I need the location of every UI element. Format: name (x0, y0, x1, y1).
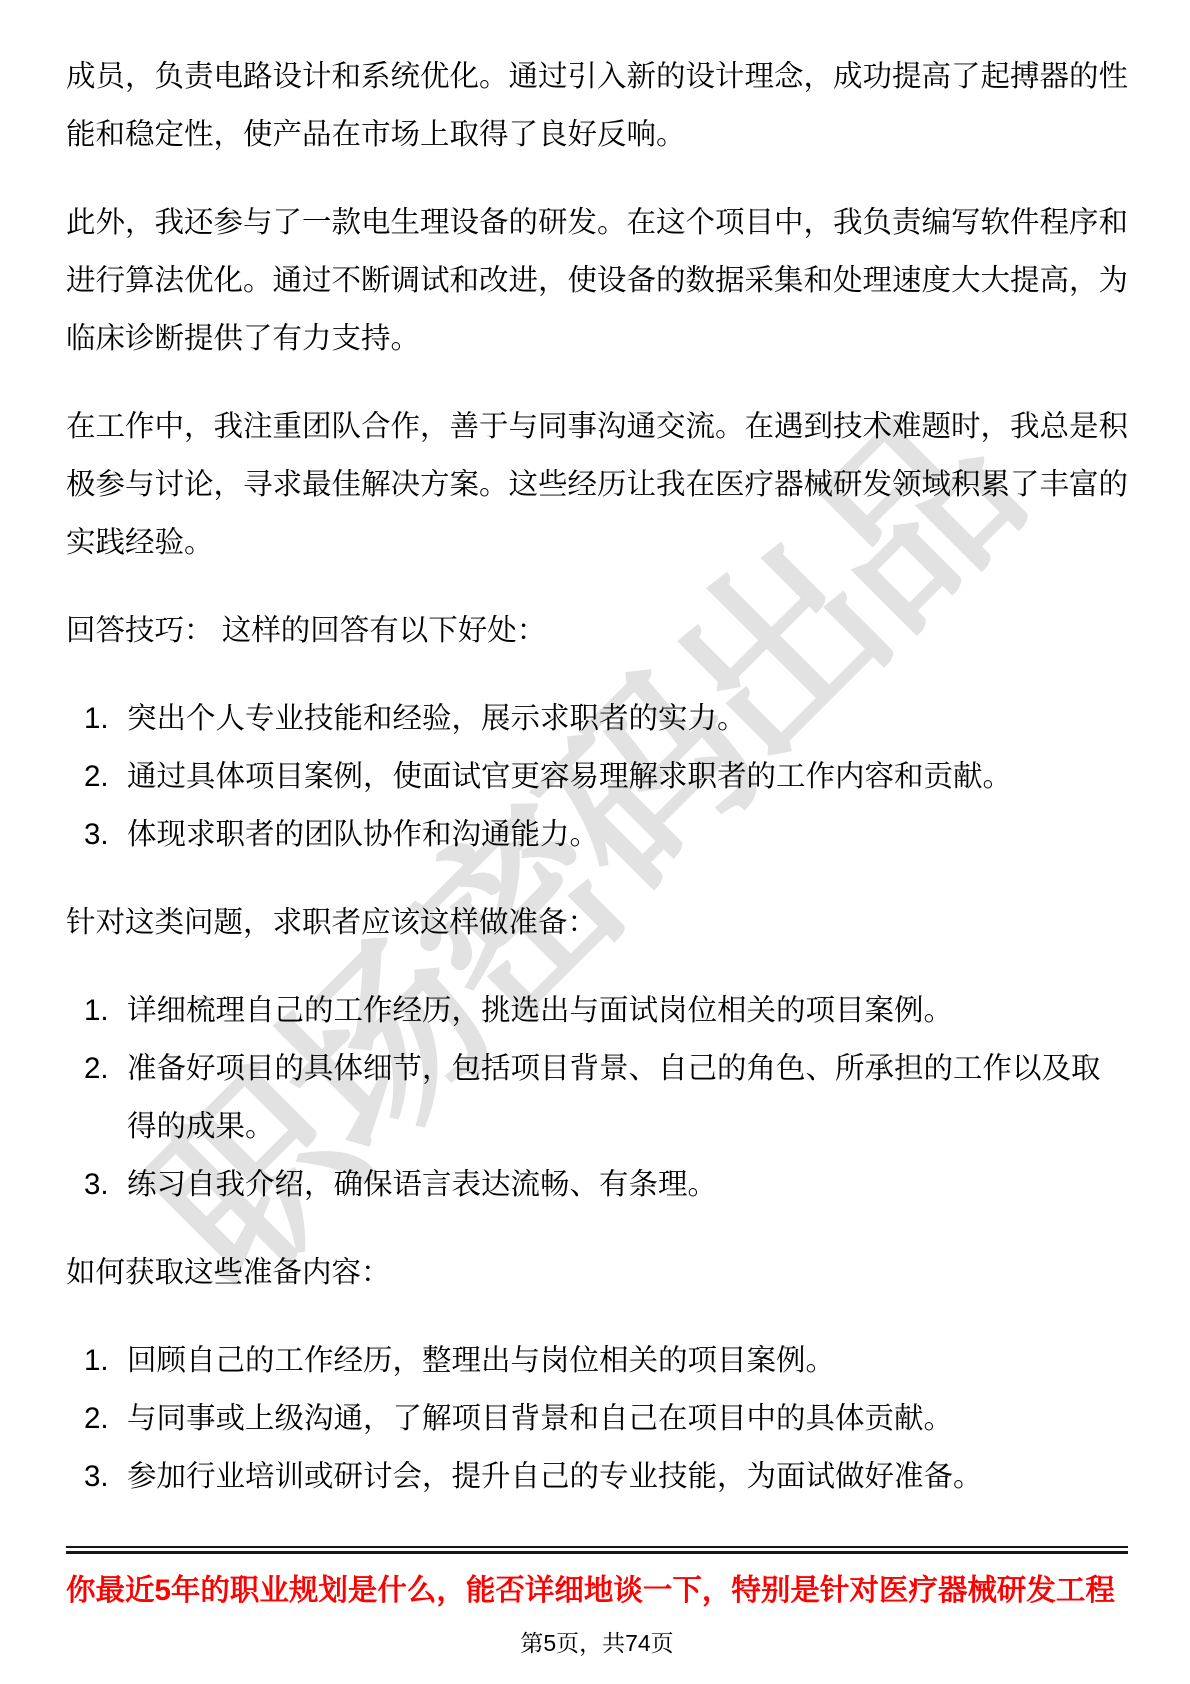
list-item-text: 突出个人专业技能和经验，展示求职者的实力。 (127, 690, 1128, 748)
list-item: 2. 通过具体项目案例，使面试官更容易理解求职者的工作内容和贡献。 (66, 748, 1128, 806)
section-divider (66, 1546, 1128, 1554)
prep-list: 1. 详细梳理自己的工作经历，挑选出与面试岗位相关的项目案例。 2. 准备好项目… (66, 982, 1128, 1214)
list-item-number: 1. (84, 690, 127, 748)
list-item-number: 3. (84, 1156, 127, 1214)
list-item: 1. 回顾自己的工作经历，整理出与岗位相关的项目案例。 (66, 1332, 1128, 1390)
paragraph: 在工作中，我注重团队合作，善于与同事沟通交流。在遇到技术难题时，我总是积极参与讨… (66, 398, 1128, 572)
prep-heading: 针对这类问题，求职者应该这样做准备： (66, 894, 1128, 952)
next-question-title: 你最近5年的职业规划是什么，能否详细地谈一下，特别是针对医疗器械研发工程 (66, 1562, 1128, 1620)
paragraph: 此外，我还参与了一款电生理设备的研发。在这个项目中，我负责编写软件程序和进行算法… (66, 194, 1128, 368)
list-item-number: 2. (84, 1390, 127, 1448)
list-item: 1. 突出个人专业技能和经验，展示求职者的实力。 (66, 690, 1128, 748)
obtain-heading: 如何获取这些准备内容： (66, 1244, 1128, 1302)
paragraph-continued: 成员，负责电路设计和系统优化。通过引入新的设计理念，成功提高了起搏器的性能和稳定… (66, 48, 1128, 164)
list-item-text: 详细梳理自己的工作经历，挑选出与面试岗位相关的项目案例。 (127, 982, 1128, 1040)
list-item: 1. 详细梳理自己的工作经历，挑选出与面试岗位相关的项目案例。 (66, 982, 1128, 1040)
list-item-text: 练习自我介绍，确保语言表达流畅、有条理。 (127, 1156, 1128, 1214)
list-item: 3. 参加行业培训或研讨会，提升自己的专业技能，为面试做好准备。 (66, 1448, 1128, 1506)
list-item-number: 2. (84, 748, 127, 806)
list-item-text: 参加行业培训或研讨会，提升自己的专业技能，为面试做好准备。 (127, 1448, 1128, 1506)
list-item-text: 体现求职者的团队协作和沟通能力。 (127, 806, 1128, 864)
obtain-list: 1. 回顾自己的工作经历，整理出与岗位相关的项目案例。 2. 与同事或上级沟通，… (66, 1332, 1128, 1506)
list-item-number: 3. (84, 1448, 127, 1506)
document-content: 成员，负责电路设计和系统优化。通过引入新的设计理念，成功提高了起搏器的性能和稳定… (0, 0, 1190, 1660)
list-item: 2. 与同事或上级沟通，了解项目背景和自己在项目中的具体贡献。 (66, 1390, 1128, 1448)
document-page: 职场密码出品 成员，负责电路设计和系统优化。通过引入新的设计理念，成功提高了起搏… (0, 0, 1190, 1684)
page-number-indicator: 第5页，共74页 (66, 1626, 1128, 1660)
list-item: 3. 体现求职者的团队协作和沟通能力。 (66, 806, 1128, 864)
list-item-text: 通过具体项目案例，使面试官更容易理解求职者的工作内容和贡献。 (127, 748, 1128, 806)
list-item: 3. 练习自我介绍，确保语言表达流畅、有条理。 (66, 1156, 1128, 1214)
list-item: 2. 准备好项目的具体细节，包括项目背景、自己的角色、所承担的工作以及取得的成果… (66, 1040, 1128, 1156)
list-item-number: 2. (84, 1040, 127, 1156)
list-item-text: 回顾自己的工作经历，整理出与岗位相关的项目案例。 (127, 1332, 1128, 1390)
list-item-text: 与同事或上级沟通，了解项目背景和自己在项目中的具体贡献。 (127, 1390, 1128, 1448)
tips-list: 1. 突出个人专业技能和经验，展示求职者的实力。 2. 通过具体项目案例，使面试… (66, 690, 1128, 864)
list-item-number: 3. (84, 806, 127, 864)
list-item-number: 1. (84, 982, 127, 1040)
list-item-number: 1. (84, 1332, 127, 1390)
list-item-text: 准备好项目的具体细节，包括项目背景、自己的角色、所承担的工作以及取得的成果。 (127, 1040, 1128, 1156)
tips-heading: 回答技巧： 这样的回答有以下好处： (66, 602, 1128, 660)
